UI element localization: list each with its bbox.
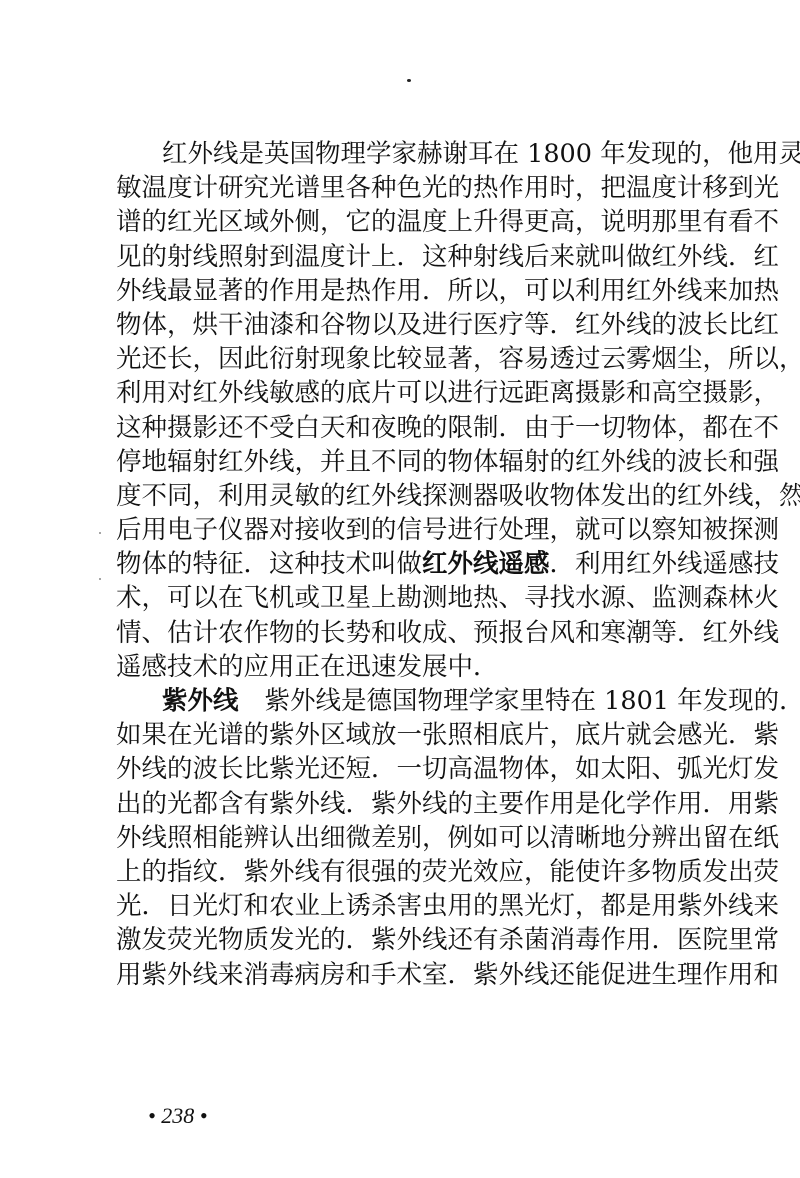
page-body: 红外线是英国物理学家赫谢耳在 1800 年发现的，他用灵 敏温度计研究光谱里各种… — [116, 137, 728, 992]
text-line-with-term: 物体的特征．这种技术叫做红外线遥感．利用红外线遥感技 — [116, 547, 728, 581]
text-line: 后用电子仪器对接收到的信号进行处理，就可以察知被探测 — [116, 513, 728, 547]
text-line: 出的光都含有紫外线．紫外线的主要作用是化学作用．用紫 — [116, 787, 728, 821]
paragraph-infrared: 红外线是英国物理学家赫谢耳在 1800 年发现的，他用灵 敏温度计研究光谱里各种… — [116, 137, 728, 684]
text-line: 用紫外线来消毒病房和手术室．紫外线还能促进生理作用和 — [116, 958, 728, 992]
paragraph-ultraviolet: 紫外线紫外线是德国物理学家里特在 1801 年发现的． 如果在光谱的紫外区域放一… — [116, 684, 728, 992]
text-line: 红外线是英国物理学家赫谢耳在 1800 年发现的，他用灵 — [116, 137, 728, 171]
page-number: • 238 • — [148, 1103, 207, 1129]
text-line: 外线的波长比紫光还短．一切高温物体，如太阳、弧光灯发 — [116, 752, 728, 786]
text-line: 利用对红外线敏感的底片可以进行远距离摄影和高空摄影， — [116, 376, 728, 410]
text-line: 上的指纹．紫外线有很强的荧光效应，能使许多物质发出荧 — [116, 855, 728, 889]
text-line: 谱的红光区域外侧，它的温度上升得更高，说明那里有看不 — [116, 205, 728, 239]
text-line: 物体，烘干油漆和谷物以及进行医疗等．红外线的波长比红 — [116, 308, 728, 342]
scan-speck — [407, 79, 411, 82]
bold-term-infrared-remote-sensing: 红外线遥感 — [422, 549, 550, 579]
text-line: 光．日光灯和农业上诱杀害虫用的黑光灯，都是用紫外线来 — [116, 889, 728, 923]
text-line: 情、估计农作物的长势和收成、预报台风和寒潮等．红外线 — [116, 616, 728, 650]
text-line: 光还长，因此衍射现象比较显著，容易透过云雾烟尘，所以， — [116, 342, 728, 376]
text-segment: ．利用红外线遥感技 — [550, 549, 780, 579]
text-line: 见的射线照射到温度计上．这种射线后来就叫做红外线．红 — [116, 240, 728, 274]
text-line: 遥感技术的应用正在迅速发展中． — [116, 650, 728, 684]
text-segment: 紫外线是德国物理学家里特在 1801 年发现的． — [265, 686, 800, 716]
text-segment: 物体的特征．这种技术叫做 — [116, 549, 422, 579]
text-line: 激发荧光物质发光的．紫外线还有杀菌消毒作用．医院里常 — [116, 923, 728, 957]
text-line: 如果在光谱的紫外区域放一张照相底片，底片就会感光．紫 — [116, 718, 728, 752]
text-line: 度不同，利用灵敏的红外线探测器吸收物体发出的红外线，然 — [116, 479, 728, 513]
text-line: 敏温度计研究光谱里各种色光的热作用时，把温度计移到光 — [116, 171, 728, 205]
text-line: 外线最显著的作用是热作用．所以，可以利用红外线来加热 — [116, 274, 728, 308]
text-line: 停地辐射红外线，并且不同的物体辐射的红外线的波长和强 — [116, 445, 728, 479]
section-heading-ultraviolet: 紫外线 — [162, 686, 239, 716]
text-line: 这种摄影还不受白天和夜晚的限制．由于一切物体，都在不 — [116, 411, 728, 445]
scan-speck — [99, 578, 101, 580]
text-line: 外线照相能辨认出细微差别，例如可以清晰地分辨出留在纸 — [116, 821, 728, 855]
text-line: 术，可以在飞机或卫星上勘测地热、寻找水源、监测森林火 — [116, 581, 728, 615]
scan-speck — [99, 532, 101, 534]
text-line-with-heading: 紫外线紫外线是德国物理学家里特在 1801 年发现的． — [116, 684, 728, 718]
